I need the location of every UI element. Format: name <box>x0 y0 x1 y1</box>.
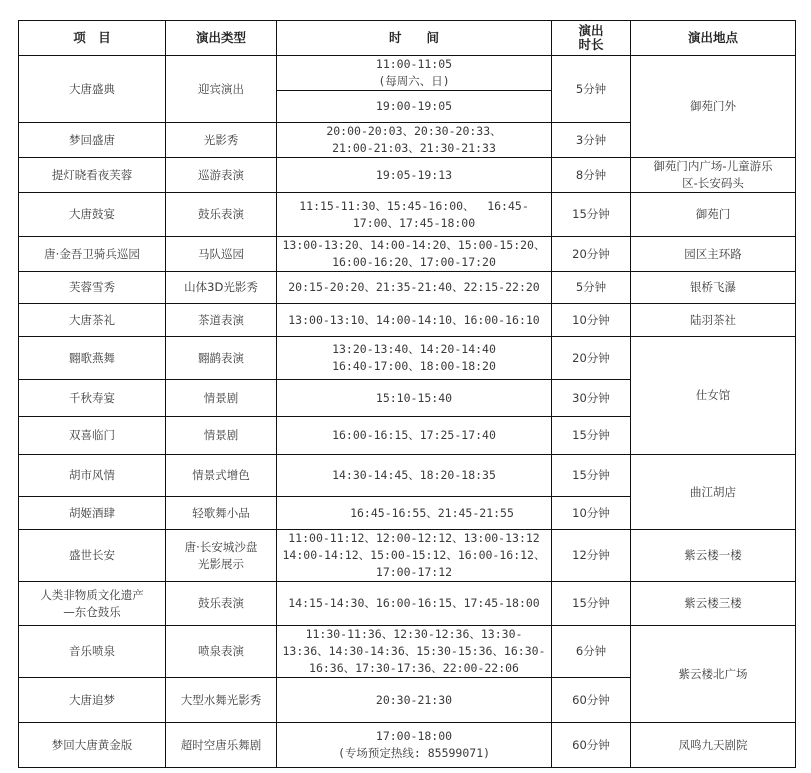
time-cell: 19:05-19:13 <box>277 158 552 193</box>
project-cell: 唐·金吾卫骑兵巡园 <box>19 237 166 272</box>
time-cell: 20:15-20:20、21:35-21:40、22:15-22:20 <box>277 272 552 304</box>
header-duration: 演出时长 <box>552 21 631 56</box>
table-row: 大唐茶礼 茶道表演 13:00-13:10、14:00-14:10、16:00-… <box>19 304 796 337</box>
type-cell: 光影秀 <box>166 123 277 158</box>
duration-cell: 20分钟 <box>552 237 631 272</box>
time-cell: 11:15-11:30、15:45-16:00、 16:45-17:00、17:… <box>277 193 552 237</box>
duration-cell: 30分钟 <box>552 380 631 417</box>
duration-cell: 8分钟 <box>552 158 631 193</box>
project-cell: 大唐追梦 <box>19 678 166 723</box>
header-location: 演出地点 <box>631 21 796 56</box>
location-cell: 御苑门 <box>631 193 796 237</box>
duration-cell: 3分钟 <box>552 123 631 158</box>
location-cell: 园区主环路 <box>631 237 796 272</box>
time-cell: 14:15-14:30、16:00-16:15、17:45-18:00 <box>277 582 552 626</box>
project-cell: 大唐鼓宴 <box>19 193 166 237</box>
table-row: 胡市风情 情景式增色 14:30-14:45、18:20-18:35 15分钟 … <box>19 455 796 497</box>
time-cell: 11:30-11:36、12:30-12:36、13:30-13:36、14:3… <box>277 626 552 678</box>
time-cell: 16:45-16:55、21:45-21:55 <box>277 497 552 530</box>
type-cell: 情景剧 <box>166 417 277 455</box>
table-row: 音乐喷泉 喷泉表演 11:30-11:36、12:30-12:36、13:30-… <box>19 626 796 678</box>
location-cell: 曲江胡店 <box>631 455 796 530</box>
project-cell: 音乐喷泉 <box>19 626 166 678</box>
type-cell: 鼓乐表演 <box>166 582 277 626</box>
duration-cell: 10分钟 <box>552 497 631 530</box>
type-cell: 迎宾演出 <box>166 56 277 123</box>
location-cell: 紫云楼北广场 <box>631 626 796 723</box>
duration-cell: 5分钟 <box>552 56 631 123</box>
table-row: 芙蓉雪秀 山体3D光影秀 20:15-20:20、21:35-21:40、22:… <box>19 272 796 304</box>
table-row: 提灯晓看夜芙蓉 巡游表演 19:05-19:13 8分钟 御苑门内广场-儿童游乐… <box>19 158 796 193</box>
type-cell: 超时空唐乐舞剧 <box>166 723 277 768</box>
time-cell: 17:00-18:00(专场预定热线: 85599071) <box>277 723 552 768</box>
time-cell: 14:30-14:45、18:20-18:35 <box>277 455 552 497</box>
location-cell: 银桥飞瀑 <box>631 272 796 304</box>
type-cell: 情景式增色 <box>166 455 277 497</box>
time-cell: 20:30-21:30 <box>277 678 552 723</box>
time-cell: 16:00-16:15、17:25-17:40 <box>277 417 552 455</box>
type-cell: 情景剧 <box>166 380 277 417</box>
time-cell: 13:00-13:10、14:00-14:10、16:00-16:10 <box>277 304 552 337</box>
time-cell: 19:00-19:05 <box>277 91 552 123</box>
time-cell: 11:00-11:12、12:00-12:12、13:00-13:1214:00… <box>277 530 552 582</box>
duration-cell: 20分钟 <box>552 337 631 380</box>
duration-cell: 15分钟 <box>552 193 631 237</box>
project-cell: 提灯晓看夜芙蓉 <box>19 158 166 193</box>
time-cell: 20:00-20:03、20:30-20:33、21:00-21:03、21:3… <box>277 123 552 158</box>
time-cell: 11:00-11:05(每周六、日) <box>277 56 552 91</box>
time-cell: 13:20-13:40、14:20-14:4016:40-17:00、18:00… <box>277 337 552 380</box>
duration-cell: 15分钟 <box>552 455 631 497</box>
table-row: 大唐鼓宴 鼓乐表演 11:15-11:30、15:45-16:00、 16:45… <box>19 193 796 237</box>
duration-cell: 12分钟 <box>552 530 631 582</box>
location-cell: 御苑门外 <box>631 56 796 158</box>
duration-cell: 10分钟 <box>552 304 631 337</box>
time-cell: 15:10-15:40 <box>277 380 552 417</box>
table-row: 梦回大唐黄金版 超时空唐乐舞剧 17:00-18:00(专场预定热线: 8559… <box>19 723 796 768</box>
type-cell: 山体3D光影秀 <box>166 272 277 304</box>
project-cell: 千秋寿宴 <box>19 380 166 417</box>
table-row: 人类非物质文化遗产—东仓鼓乐 鼓乐表演 14:15-14:30、16:00-16… <box>19 582 796 626</box>
type-cell: 巡游表演 <box>166 158 277 193</box>
project-cell: 芙蓉雪秀 <box>19 272 166 304</box>
table-row: 大唐盛典 迎宾演出 11:00-11:05(每周六、日) 5分钟 御苑门外 <box>19 56 796 91</box>
location-cell: 凤鸣九天剧院 <box>631 723 796 768</box>
location-cell: 紫云楼一楼 <box>631 530 796 582</box>
type-cell: 轻歌舞小品 <box>166 497 277 530</box>
project-cell: 翾歌燕舞 <box>19 337 166 380</box>
project-cell: 胡市风情 <box>19 455 166 497</box>
table-row: 翾歌燕舞 翾鹋表演 13:20-13:40、14:20-14:4016:40-1… <box>19 337 796 380</box>
duration-cell: 15分钟 <box>552 417 631 455</box>
type-cell: 马队巡园 <box>166 237 277 272</box>
project-cell: 人类非物质文化遗产—东仓鼓乐 <box>19 582 166 626</box>
type-cell: 唐·长安城沙盘光影展示 <box>166 530 277 582</box>
header-row: 项 目 演出类型 时 间 演出时长 演出地点 <box>19 21 796 56</box>
performance-schedule-table: 项 目 演出类型 时 间 演出时长 演出地点 大唐盛典 迎宾演出 11:00-1… <box>18 20 796 768</box>
project-cell: 双喜临门 <box>19 417 166 455</box>
project-cell: 梦回大唐黄金版 <box>19 723 166 768</box>
project-cell: 梦回盛唐 <box>19 123 166 158</box>
duration-cell: 6分钟 <box>552 626 631 678</box>
location-cell: 御苑门内广场-儿童游乐区-长安码头 <box>631 158 796 193</box>
duration-cell: 60分钟 <box>552 723 631 768</box>
project-cell: 大唐盛典 <box>19 56 166 123</box>
duration-cell: 60分钟 <box>552 678 631 723</box>
location-cell: 紫云楼三楼 <box>631 582 796 626</box>
type-cell: 翾鹋表演 <box>166 337 277 380</box>
header-time: 时 间 <box>277 21 552 56</box>
header-project: 项 目 <box>19 21 166 56</box>
location-cell: 仕女馆 <box>631 337 796 455</box>
type-cell: 鼓乐表演 <box>166 193 277 237</box>
project-cell: 胡姬酒肆 <box>19 497 166 530</box>
duration-cell: 15分钟 <box>552 582 631 626</box>
table-row: 唐·金吾卫骑兵巡园 马队巡园 13:00-13:20、14:00-14:20、1… <box>19 237 796 272</box>
type-cell: 喷泉表演 <box>166 626 277 678</box>
location-cell: 陆羽茶社 <box>631 304 796 337</box>
type-cell: 大型水舞光影秀 <box>166 678 277 723</box>
project-cell: 大唐茶礼 <box>19 304 166 337</box>
type-cell: 茶道表演 <box>166 304 277 337</box>
project-cell: 盛世长安 <box>19 530 166 582</box>
table-row: 盛世长安 唐·长安城沙盘光影展示 11:00-11:12、12:00-12:12… <box>19 530 796 582</box>
time-cell: 13:00-13:20、14:00-14:20、15:00-15:20、16:0… <box>277 237 552 272</box>
duration-cell: 5分钟 <box>552 272 631 304</box>
header-type: 演出类型 <box>166 21 277 56</box>
